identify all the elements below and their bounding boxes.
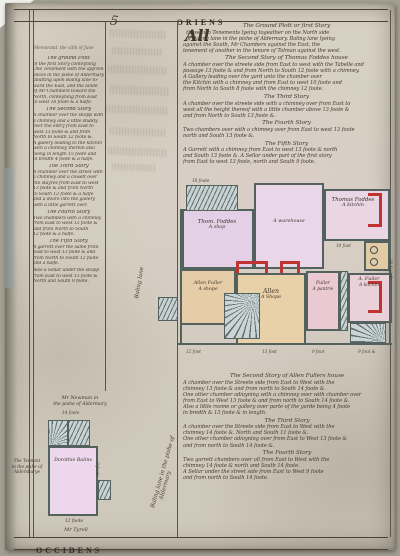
room-label: A warehouse [254,219,324,225]
manuscript-paragraph: The Fifth Story A garrett over the same … [33,239,104,267]
story-heading: The Third Story [183,418,391,425]
lane-jetty [158,297,178,321]
room-warehouse [254,183,324,269]
story-heading: The Fifth Story [183,141,390,148]
manuscript-line: in bredth & 13 foote & in length. [183,410,391,416]
manuscript-line: from East to west 13 foote, north and So… [183,159,390,165]
room-type: A kitchin [324,203,382,209]
owner-label: Mr Tyrell [56,527,96,533]
paragraph-lines: Two chambers with a chimney from East to… [33,216,104,238]
paragraph-lines: Also a Sellar under the shopp from East … [33,268,104,285]
paragraph-lines: A chamber over the Streete side from Eas… [183,380,391,417]
manuscript-line: from North to South 8 foote with the chi… [183,86,390,92]
room-owner: Dorothie Balins [50,458,96,464]
oven [370,246,378,254]
story-heading: The Fourth Story [183,120,390,127]
story-heading: The Third Story [183,94,390,101]
room-dorothie-balins [48,446,98,516]
stair-landing [68,420,90,446]
manuscript-paragraph: The Second Story of Thomas Foddes house … [183,55,390,92]
winding-stair [48,420,68,446]
manuscript-paragraph: The Third Story A chamber over the stree… [183,94,390,119]
room-label: Allen A Shope [236,289,306,301]
survey-text-top: The Ground Plott or first Story these tw… [183,23,390,177]
caption-line: the pishe of Aldermary [28,402,132,408]
dimension-label: 14 foote [62,410,79,415]
dimension-label: 10 foot [336,243,351,248]
manuscript-line: North and South 9 foote. [33,279,104,285]
room-type: A kitchin [346,283,392,289]
paragraph-lines: A garrett over the same from East to wes… [33,245,104,267]
small-plan-caption: Mr Newman in the pishe of Aldermary [28,396,132,408]
winding-stair [186,185,238,211]
manuscript-paragraph: The Third Story A chamber over the stree… [33,164,104,208]
paragraph-lines: A Garrett with a chimney from East to we… [183,147,390,165]
manuscript-line: One Tenement with the app'ten- [33,67,104,73]
owner-name: Mr Tyrell [56,527,96,533]
manuscript-scan: { "page": { "compass_top": "ORIENS", "co… [0,0,400,556]
binding-tape [5,168,13,288]
manuscript-paragraph: The Fourth Story Two chambers over with … [183,120,390,139]
story-heading: The Ground Plott or first Story [183,23,390,30]
manuscript-line: A chamber over the shopp with [33,113,104,119]
dimension-label: 13 foot [262,349,277,354]
manuscript-line: and from North to South 13 foote &. [183,113,390,119]
outer-wall [178,343,392,345]
room-thom-foddes-shop [182,209,254,269]
ground-plan: Thom. Foddes A shop A warehouse Thomas F… [178,179,396,371]
manuscript-line: of Mr Chambers toward the [33,89,104,95]
left-text-column: The ground Plott of the first Story cont… [33,56,104,308]
manuscript-line: and from north to South 14 foote. [183,475,391,481]
room-type: A Shope [236,295,306,301]
room-label: Dorothie Balins [50,458,96,464]
manuscript-line: abutting upon Baling lane to- [33,78,104,84]
room-type: A warehouse [254,219,324,225]
manuscript-line: 12 foote & a halfe. [33,232,104,238]
manuscript-line: over the entry from East to [33,124,104,130]
paragraph-lines: Two chambers over with a chimney over fr… [183,127,390,139]
room-type: A shope [180,287,236,293]
paragraph-lines: of the first Story conteyning One Teneme… [33,62,104,106]
manuscript-paragraph: The Ground Plott or first Story these tw… [183,23,390,54]
compass-bottom-label: OCCIDENS [36,546,102,555]
story-heading: The Second Story of Allen Fullers house [183,373,391,380]
paragraph-lines: A chamber over the streete side with a c… [183,101,390,119]
room-label: Thomas Foddes A kitchin [324,197,382,209]
room-label: A. Fuller A kitchin [346,277,392,289]
dimension-label: 18 foote [192,178,209,183]
dimension-label: 9 foote [95,462,100,477]
dimension-label-bottom: 12 foote [54,519,94,525]
story-heading: The Second Story of Thomas Foddes house [183,55,390,62]
manuscript-line: and a halfe. [33,261,104,267]
story-heading: The Fourth Story [183,450,391,457]
dimension-label: 9 foot [312,349,324,354]
manuscript-paragraph: The Fourth Story Two garrett chambers ov… [183,450,391,481]
note-line: Aldersburye [8,469,46,475]
paragraph-lines: A chamber over the Streete side from Eas… [183,424,391,448]
manuscript-line: tenement of another in the tenure of Tol… [183,48,390,54]
manuscript-line: with a chimney therein also [33,146,104,152]
paragraph-lines: A chamber over the streete side from Eas… [183,62,390,92]
manuscript-paragraph: The Second Story of Allen Fullers house … [183,373,391,416]
room-type: A shop [182,225,252,231]
paragraph-lines: A chamber over the shopp with a chimney … [33,113,104,163]
manuscript-paragraph: The Second Story A chamber over the shop… [33,107,104,162]
column-divider-rule [105,21,106,391]
oven [370,258,378,266]
manuscript-paragraph: Also a Sellar under the shopp from East … [33,268,104,285]
manuscript-line: north and South 13 foote &. [183,133,390,139]
room-pantrie [306,271,340,331]
manuscript-paragraph: The ground Plott of the first Story cont… [33,56,104,106]
room-label: Thom. Foddes A shop [182,219,252,231]
marginal-note: Memorand. the xiith of June [34,45,94,50]
manuscript-paragraph: The Third Story A chamber over the Stree… [183,418,391,449]
survey-text-bottom: The Second Story of Allen Fullers house … [183,373,391,499]
neighbour-note: The Tennant in the pishe of Aldersburye [8,458,46,475]
room-label: Fuller A pantrie [304,281,342,293]
small-plan: Mr Newman in the pishe of Aldermary 14 f… [8,396,148,542]
manuscript-line: One other chamber adioyning with a chimn… [183,392,391,398]
room-type: A pantrie [304,287,342,293]
dimension-text: 12 foote [54,519,94,525]
oriel-closet [98,480,111,500]
manuscript-line: in bredth 4 foote & a halfe. [33,157,104,163]
manuscript-line: from East to west 13 foote & [33,221,104,227]
paragraph-lines: Two garrett chambers over all from East … [183,457,391,481]
dimension-label: 29 foot & [388,259,393,279]
manuscript-line: with a little garrett over. [33,203,104,209]
room-ovens [364,241,390,271]
paragraph-lines: these two Tenements lyeing togeather on … [183,30,390,54]
room-label: Allen Fuller A shope [180,281,236,293]
top-rule-band: ORIENS [14,9,388,22]
dimension-label: 9 foot & [358,349,375,354]
corner-stair [350,323,386,343]
manuscript-line: to west 18 foote & a halfe. [33,100,104,106]
paragraph-lines: A chamber over the street with a chimney… [33,170,104,209]
manuscript-line: and from north to South 14 foote &. [183,443,391,449]
manuscript-paragraph: The Fourth Story Two chambers with a chi… [33,210,104,238]
dimension-label: 12 foot [186,349,201,354]
manuscript-paragraph: The Fifth Story A Garrett with a chimney… [183,141,390,166]
